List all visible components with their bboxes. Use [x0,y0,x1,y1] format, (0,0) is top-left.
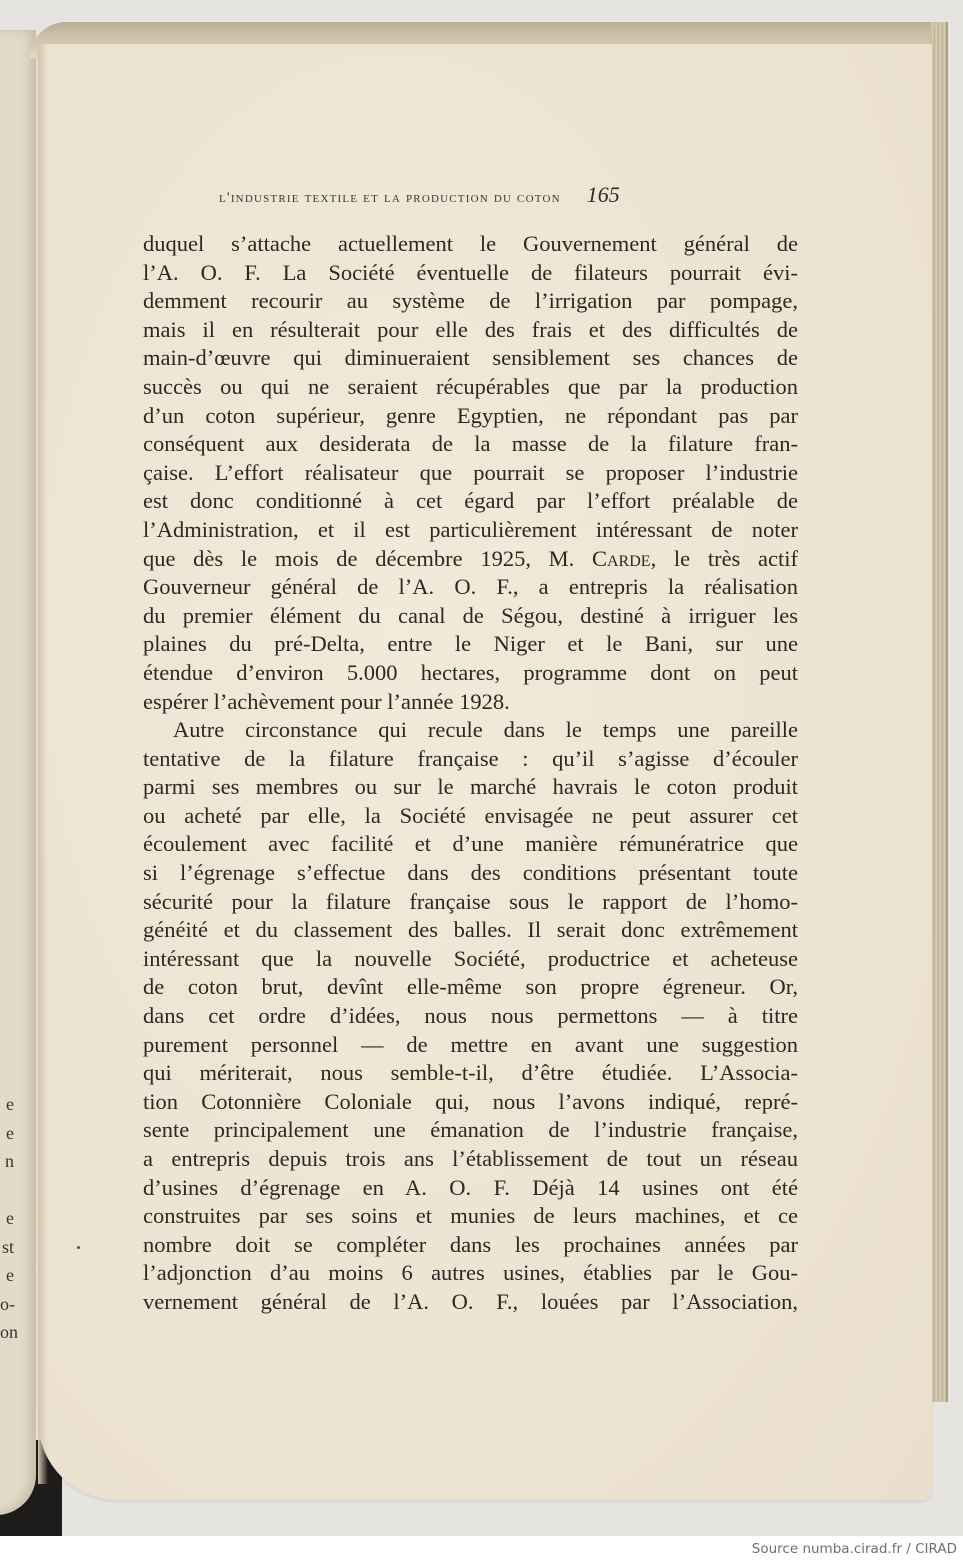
running-head-title: L'industrie textile et la production du … [219,190,561,207]
text-line: Gouverneur général de l’A. O. F., a entr… [143,573,798,602]
text-line: espérer l’achèvement pour l’année 1928. [143,688,798,717]
text-line: ou acheté par elle, la Société envisagée… [143,802,798,831]
proper-name-small-caps: Carde [592,546,651,571]
text-line: si l’égrenage s’effectue dans des condit… [143,859,798,888]
text-line: succès ou qui ne seraient récupérables q… [143,373,798,402]
facing-page-text-fragments: eenesteo-on [0,1090,14,1347]
text-line: généité et du classement des balles. Il … [143,916,798,945]
source-credit: Source numba.cirad.fr / CIRAD [752,1541,957,1557]
text-line: l’adjonction d’au moins 6 autres usines,… [143,1259,798,1288]
text-line: çaise. L’effort réalisateur que pourrait… [143,459,798,488]
text-line: plaines du pré-Delta, entre le Niger et … [143,630,798,659]
facing-page-fragment: e [0,1090,14,1119]
text-line: a entrepris depuis trois ans l’établisse… [143,1145,798,1174]
text-line: demment recourir au système de l’irrigat… [143,287,798,316]
scanned-book-photo: eenesteo-on L'industrie textile et la pr… [0,0,963,1536]
text-line: sente principalement une émanation de l’… [143,1116,798,1145]
text-line: d’usines d’égrenage en A. O. F. Déjà 14 … [143,1174,798,1203]
facing-page-fragment: o- [0,1290,14,1319]
text-line: que dès le mois de décembre 1925, M. Car… [143,545,798,574]
text-line: tion Cotonnière Coloniale qui, nous l’av… [143,1088,798,1117]
paper-speck [77,1246,80,1249]
facing-page-fragment: st [0,1233,14,1262]
text-line: l’A. O. F. La Société éventuelle de fila… [143,259,798,288]
text-line: Autre circonstance qui recule dans le te… [143,716,798,745]
text-line: écoulement avec facilité et d’une manièr… [143,830,798,859]
text-line: nombre doit se compléter dans les procha… [143,1231,798,1260]
text-line: parmi ses membres ou sur le marché havra… [143,773,798,802]
text-line: tentative de la filature française : qu’… [143,745,798,774]
facing-page-fragment [0,1176,14,1205]
text-line: intéressant que la nouvelle Société, pro… [143,945,798,974]
facing-page-fragment: on [0,1318,14,1347]
body-text: duquel s’attache actuellement le Gouvern… [143,230,798,1317]
facing-page-fragment: e [0,1261,14,1290]
text-line: mais il en résulterait pour elle des fra… [143,316,798,345]
running-head: L'industrie textile et la production du … [219,182,779,212]
facing-page-fragment: e [0,1119,14,1148]
text-line: main-d’œuvre qui diminueraient sensiblem… [143,344,798,373]
text-line: étendue d’environ 5.000 hectares, progra… [143,659,798,688]
text-line: duquel s’attache actuellement le Gouvern… [143,230,798,259]
spine-crease [38,44,48,1484]
facing-page-fragment: e [0,1204,14,1233]
text-line: de coton brut, devînt elle-même son prop… [143,973,798,1002]
text-line: qui mériterait, nous semble-t-il, d’être… [143,1059,798,1088]
text-line: dans cet ordre d’idées, nous nous permet… [143,1002,798,1031]
text-line: du premier élément du canal de Ségou, de… [143,602,798,631]
text-line: conséquent aux desiderata de la masse de… [143,430,798,459]
text-line: d’un coton supérieur, genre Egyptien, ne… [143,402,798,431]
text-line: sécurité pour la filature française sous… [143,888,798,917]
text-line: vernement général de l’A. O. F., louées … [143,1288,798,1317]
text-line: l’Administration, et il est particulière… [143,516,798,545]
text-line: construites par ses soins et munies de l… [143,1202,798,1231]
page-number: 165 [587,182,620,208]
facing-page-fragment: n [0,1147,14,1176]
text-line: purement personnel — de mettre en avant … [143,1031,798,1060]
text-line: est donc conditionné à cet égard par l’e… [143,487,798,516]
page-stack-right-edge [930,22,948,1402]
